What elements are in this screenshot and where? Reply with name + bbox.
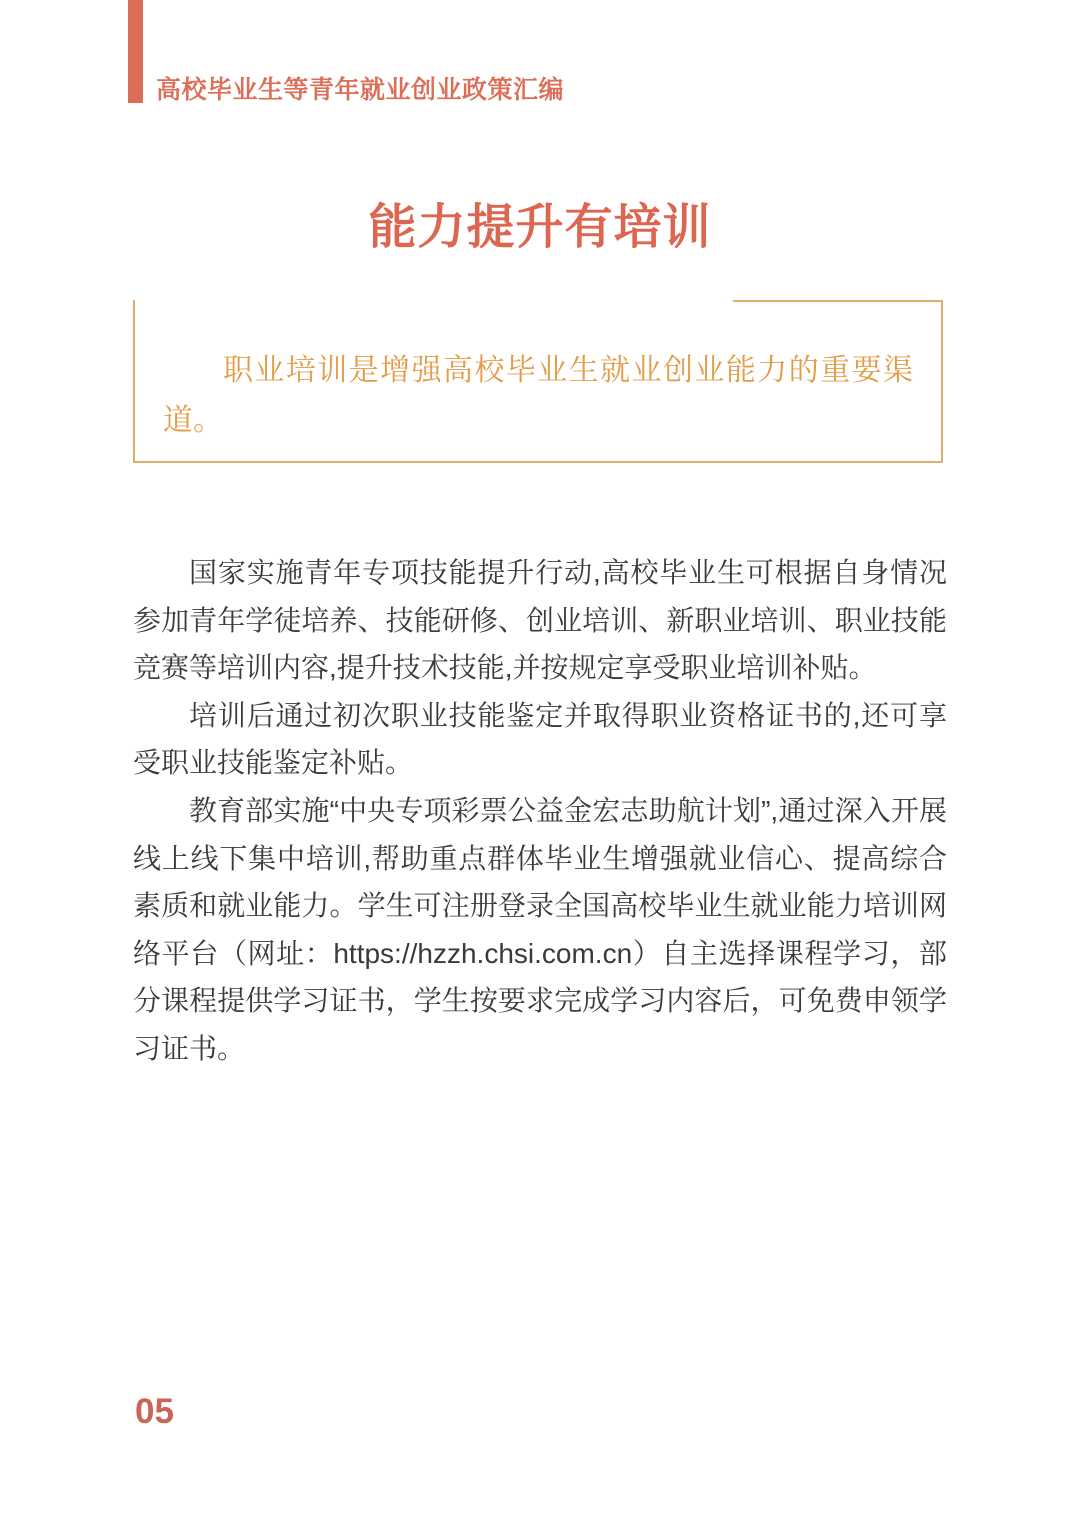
callout-top-border-segment (733, 300, 941, 302)
paragraph-training-action: 国家实施青年专项技能提升行动,高校毕业生可根据自身情况参加青年学徒培养、技能研修… (133, 549, 947, 692)
body-text: 国家实施青年专项技能提升行动,高校毕业生可根据自身情况参加青年学徒培养、技能研修… (133, 549, 947, 1073)
paragraph-hongzhi-program: 教育部实施“中央专项彩票公益金宏志助航计划”,通过深入开展线上线下集中培训,帮助… (133, 787, 947, 1073)
booklet-title: 高校毕业生等青年就业创业政策汇编 (156, 74, 564, 106)
paragraph-appraisal-subsidy: 培训后通过初次职业技能鉴定并取得职业资格证书的,还可享受职业技能鉴定补贴。 (133, 692, 947, 787)
page-title: 能力提升有培训 (0, 197, 1080, 259)
document-page: 高校毕业生等青年就业创业政策汇编 能力提升有培训 职业培训是增强高校毕业生就业创… (0, 0, 1080, 1519)
callout-text: 职业培训是增强高校毕业生就业创业能力的重要渠道。 (135, 300, 941, 446)
header-accent-bar (128, 0, 143, 103)
page-number: 05 (135, 1392, 174, 1432)
callout-box: 职业培训是增强高校毕业生就业创业能力的重要渠道。 (133, 300, 943, 463)
